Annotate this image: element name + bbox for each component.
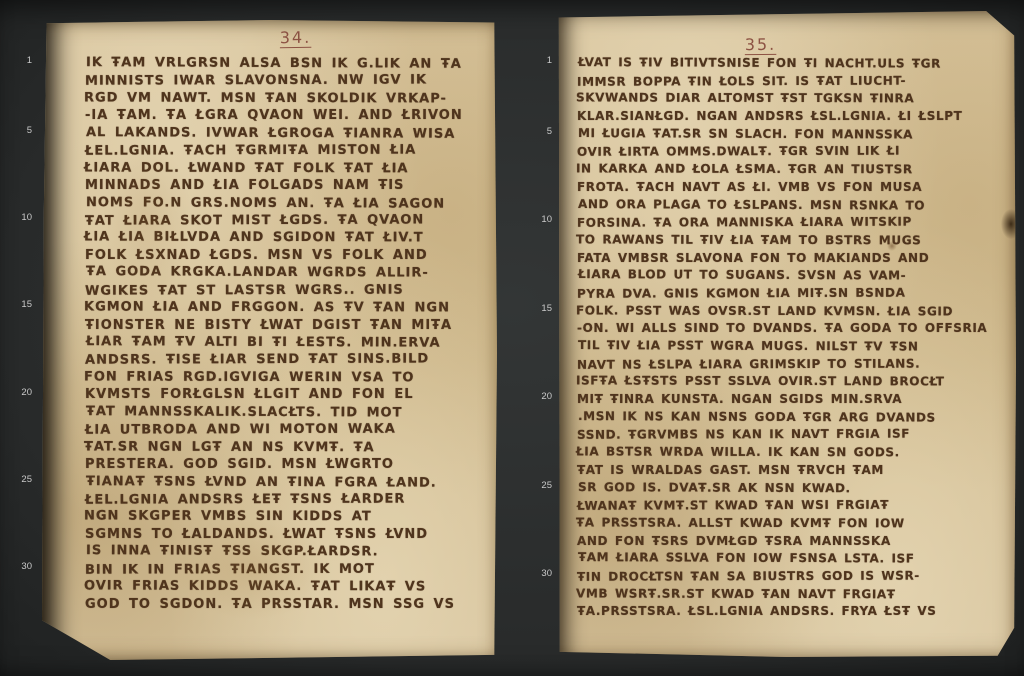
- manuscript-text-line: SR GOD IS. DVAŦ.SR AK NSN KWAD.: [578, 479, 1016, 499]
- manuscript-text-line: ŦAT IS WRALDAS GAST. MSN ŦRVCH ŦAM: [577, 462, 1015, 480]
- manuscript-text-line: FOLK. PSST WAS OVSR.ST LAND KVMSN. ŁIA S…: [576, 302, 1014, 321]
- page-number-34: 34.: [68, 25, 523, 50]
- manuscript-text-line: OVIR FRIAS KIDDS WAKA. ŦAT LIKAŦ VS: [84, 578, 486, 596]
- manuscript-text-line: ŁEL.LGNIA ANDSRS ŁEŦ ŦSNS ŁARDER: [85, 490, 487, 509]
- manuscript-text-line: AND FON ŦSRS DVMŁGD ŦSRA MANNSSKA: [577, 533, 1015, 551]
- line-number: 10: [21, 212, 32, 223]
- page-34-text: IK ŦAM VRLGRSN ALSA BSN IK G.LIK AN ŦAMI…: [85, 55, 487, 613]
- manuscript-text-line: VMB WSRŦ.SR.ST KWAD ŦAN NAVT FRGIAŦ: [576, 585, 1014, 604]
- manuscript-text-line: -IA ŦAM. ŦA ŁGRA QVAON WEI. AND ŁRIVON: [85, 107, 487, 124]
- line-number: 1: [27, 55, 32, 66]
- manuscript-text-line: -ON. WI ALLS SIND TO DVANDS. ŦA GODA TO …: [577, 320, 1015, 338]
- manuscript-text-line: ŁEL.LGNIA. ŦACH ŦGRMIŦA MISTON ŁIA: [85, 141, 487, 160]
- manuscript-text-line: ŦAT ŁIARA SKOT MIST ŁGDS. ŦA QVAON: [85, 211, 487, 230]
- manuscript-text-line: ŁIA UTBRODA AND WI MOTON WAKA: [85, 420, 487, 439]
- manuscript-text-line: PRESTERA. GOD SGID. MSN ŁWGRTO: [85, 456, 487, 473]
- line-number: 30: [541, 568, 552, 579]
- manuscript-text-line: FOLK ŁSXNAD ŁGDS. MSN VS FOLK AND: [85, 247, 487, 264]
- manuscript-text-line: PYRA DVA. GNIS KGMON ŁIA MIŦ.SN BSNDA: [577, 284, 1015, 303]
- manuscript-text-line: ŁVAT IS ŦIV BITIVTSNISE FON ŦI NACHT.ULS…: [578, 54, 1016, 74]
- line-number: 20: [21, 387, 32, 398]
- manuscript-text-line: ŁIA ŁIA BIŁLVDA AND SGIDON ŦAT ŁIV.T: [84, 229, 486, 247]
- manuscript-text-line: IN KARKA AND ŁOLA ŁSMA. ŦGR AN TIUSTSR: [576, 161, 1014, 180]
- line-number: 5: [547, 126, 552, 137]
- manuscript-text-line: IS INNA ŦINISŦ ŦSS SKGP.ŁARDSR.: [86, 542, 488, 561]
- manuscript-text-line: BIN IK IN FRIAS ŦIANGST. IK MOT: [85, 560, 487, 579]
- line-number: 30: [21, 561, 32, 572]
- manuscript-photo: 34. IK ŦAM VRLGRSN ALSA BSN IK G.LIK AN …: [0, 0, 1024, 676]
- manuscript-text-line: NOMS FO.N GRS.NOMS AN. ŦA ŁIA SAGON: [86, 194, 488, 213]
- manuscript-text-line: ŁIAR ŦAM ŦV ALTI BI ŦI ŁESTS. MIN.ERVA: [86, 333, 488, 352]
- manuscript-text-line: TIL ŦIV ŁIA PSST WGRA MUGS. NILST ŦV ŦSN: [578, 337, 1016, 357]
- manuscript-text-line: GOD TO SGDON. ŦA PRSSTAR. MSN SSG VS: [85, 596, 487, 613]
- page-35-text: ŁVAT IS ŦIV BITIVTSNISE FON ŦI NACHT.ULS…: [577, 55, 1015, 621]
- manuscript-text-line: .MSN IK NS KAN NSNS GODA ŦGR ARG DVANDS: [578, 408, 1016, 428]
- manuscript-text-line: ŦIONSTER NE BISTY ŁWAT DGIST ŦAN MIŦA: [85, 317, 487, 334]
- manuscript-text-line: RGD VM NAWT. MSN ŦAN SKOLDIK VRKAP-: [84, 89, 486, 107]
- manuscript-text-line: AND ORA PLAGA TO ŁSLPANS. MSN RSNKA TO: [578, 196, 1016, 216]
- manuscript-text-line: AL LAKANDS. IVWAR ŁGROGA ŦIANRA WISA: [86, 124, 488, 143]
- manuscript-page-35: 35. ŁVAT IS ŦIV BITIVTSNISE FON ŦI NACHT…: [557, 11, 1016, 657]
- manuscript-text-line: NGN SKGPER VMBS SIN KIDDS AT: [84, 508, 486, 526]
- manuscript-text-line: ISFŦA ŁSŦSTS PSST SSLVA OVIR.ST LAND BRO…: [576, 373, 1014, 392]
- manuscript-text-line: FATA VMBSR SLAVONA FON TO MAKIANDS AND: [577, 250, 1015, 268]
- manuscript-text-line: ŁIA BSTSR WRDA WILLA. IK KAN SN GODS.: [576, 444, 1014, 463]
- manuscript-text-line: ŁIARA BLOD UT TO SUGANS. SVSN AS VAM-: [578, 266, 1016, 286]
- line-number: 25: [541, 480, 552, 491]
- line-number: 10: [541, 214, 552, 225]
- manuscript-text-line: MINNISTS IWAR SLAVONSNA. NW IGV IK: [85, 72, 487, 91]
- manuscript-text-line: TO RAWANS TIL ŦIV ŁIA ŦAM TO BSTRS MUGS: [576, 231, 1014, 250]
- line-number: 20: [541, 391, 552, 402]
- manuscript-text-line: ŦAT.SR NGN LGŦ AN NS KVMŦ. ŦA: [84, 438, 486, 456]
- manuscript-text-line: OVIR ŁIRTA OMMS.DWALŦ. ŦGR SVIN LIK ŁI: [577, 143, 1015, 162]
- manuscript-text-line: KVMSTS FORŁGLSN ŁLGIT AND FON EL: [85, 386, 487, 403]
- page-number-35: 35.: [531, 33, 990, 56]
- line-number: 5: [27, 125, 32, 136]
- manuscript-text-line: MIŦ ŦINRA KUNSTA. NGAN SGIDS MIN.SRVA: [577, 391, 1015, 409]
- manuscript-text-line: IMMSR BOPPA ŦIN ŁOLS SIT. IS ŦAT LIUCHT-: [577, 72, 1015, 91]
- line-number: 25: [21, 474, 32, 485]
- manuscript-text-line: ŦAT MANNSSKALIK.SLACŁTS. TID MOT: [86, 403, 488, 422]
- manuscript-text-line: KLAR.SIANŁGD. NGAN ANDSRS ŁSL.LGNIA. ŁI …: [577, 108, 1015, 126]
- manuscript-text-line: WGIKES ŦAT ST LASTSR WGRS.. GNIS: [85, 281, 487, 300]
- manuscript-text-line: NAVT NS ŁSLPA ŁIARA GRIMSKIP TO STILANS.: [577, 355, 1015, 374]
- line-number: 15: [21, 299, 32, 310]
- manuscript-text-line: ŦAM ŁIARA SSLVA FON IOW FSNSA LSTA. ISF: [578, 549, 1016, 569]
- manuscript-text-line: MI ŁUGIA ŦAT.SR SN SLACH. FON MANNSSKA: [578, 125, 1016, 145]
- manuscript-text-line: ŦIN DROCŁTSN ŦAN SA BIUSTRS GOD IS WSR-: [577, 567, 1015, 586]
- manuscript-text-line: SSND. ŦGRVMBS NS KAN IK NAVT FRGIA ISF: [577, 426, 1015, 445]
- manuscript-text-line: IK ŦAM VRLGRSN ALSA BSN IK G.LIK AN ŦA: [86, 54, 488, 73]
- manuscript-text-line: ŁWANAŦ KVMŦ.ST KWAD ŦAN WSI FRGIAŦ: [577, 496, 1015, 515]
- manuscript-text-line: SKVWANDS DIAR ALTOMST ŦST TGKSN ŦINRA: [576, 90, 1014, 109]
- manuscript-text-line: ŦIANAŦ ŦSNS ŁVND AN ŦINA FGRA ŁAND.: [86, 473, 488, 492]
- line-number: 15: [541, 303, 552, 314]
- manuscript-text-line: ŦA GODA KRGKA.LANDAR WGRDS ALLIR-: [86, 263, 488, 282]
- manuscript-text-line: ANDSRS. ŦISE ŁIAR SEND ŦAT SINS.BILD: [85, 351, 487, 370]
- manuscript-text-line: FROTA. ŦACH NAVT AS ŁI. VMB VS FON MUSA: [577, 179, 1015, 197]
- manuscript-text-line: MINNADS AND ŁIA FOLGADS NAM ŦIS: [85, 177, 487, 194]
- manuscript-text-line: KGMON ŁIA AND FRGGON. AS ŦV ŦAN NGN: [84, 299, 486, 317]
- manuscript-text-line: ŁIARA DOL. ŁWAND ŦAT FOLK ŦAT ŁIA: [84, 159, 486, 177]
- manuscript-text-line: FON FRIAS RGD.IGVIGA WERIN VSA TO: [84, 368, 486, 386]
- manuscript-text-line: SGMNS TO ŁALDANDS. ŁWAT ŦSNS ŁVND: [85, 526, 487, 543]
- manuscript-text-line: FORSINA. ŦA ORA MANNISKA ŁIARA WITSKIP: [577, 213, 1015, 232]
- line-number: 1: [547, 55, 552, 66]
- manuscript-page-34: 34. IK ŦAM VRLGRSN ALSA BSN IK G.LIK AN …: [42, 20, 497, 660]
- manuscript-text-line: ŦA PRSSTSRA. ALLST KWAD KVMŦ FON IOW: [576, 514, 1014, 533]
- manuscript-text-line: ŦA.PRSSTSRA. ŁSL.LGNIA ANDSRS. FRYA ŁSŦ …: [577, 603, 1015, 621]
